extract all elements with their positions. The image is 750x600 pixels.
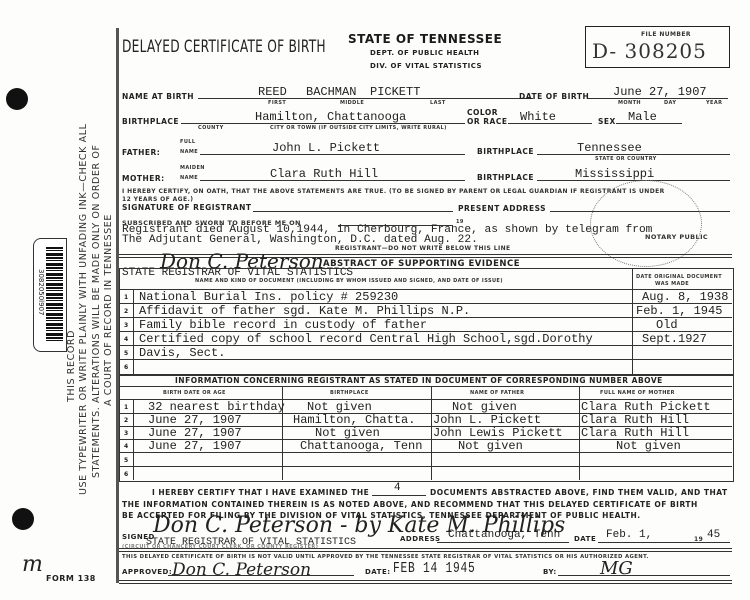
- abstract-date: Feb. 1, 1945: [636, 304, 722, 318]
- info-row-number: 5: [124, 457, 128, 464]
- mother-label: MOTHER:: [122, 174, 165, 183]
- middle-name: BACHMAN: [306, 85, 356, 99]
- father-name: John L. Pickett: [272, 141, 380, 155]
- day-label: DAY: [664, 100, 676, 106]
- address-line: [437, 542, 569, 543]
- info-mother: Not given: [616, 439, 681, 453]
- abstract-col-date-2: WAS MADE: [655, 281, 689, 287]
- info-mother: Clara Ruth Pickett: [581, 400, 711, 414]
- info-row-line: [119, 466, 732, 467]
- info-age: June 27, 1907: [148, 439, 242, 453]
- bottom-border: [119, 580, 732, 584]
- approved-label: APPROVED:: [122, 568, 172, 576]
- certifier-address: Chattanooga, Tenn: [448, 529, 560, 541]
- certification-year: 45: [707, 529, 720, 541]
- by-line: [558, 575, 730, 576]
- info-col-birthplace: BIRTHPLACE: [330, 390, 369, 396]
- margin-instruction-1: THIS RECORD: [66, 330, 77, 402]
- abstract-date: Old: [656, 318, 678, 332]
- abstract-date: Aug. 8, 1938: [642, 290, 728, 304]
- info-title: INFORMATION CONCERNING REGISTRANT AS STA…: [175, 376, 663, 385]
- mother-birthplace: Mississippi: [575, 167, 654, 181]
- info-col-mother: FULL NAME OF MOTHER: [600, 390, 675, 396]
- punch-hole-top: [6, 88, 28, 110]
- info-col-father: NAME OF FATHER: [470, 390, 524, 396]
- abstract-col-date-1: DATE ORIGINAL DOCUMENT: [636, 274, 722, 280]
- abstract-doc: Certified copy of school record Central …: [139, 332, 593, 346]
- father-full-label: FULL: [180, 139, 195, 145]
- file-number-box: FILE NUMBER D- 308205: [585, 26, 730, 68]
- state-name: STATE OF TENNESSEE: [348, 32, 502, 46]
- margin-instruction-2: USE TYPEWRITER OR WRITE PLAINLY WITH UNF…: [78, 124, 89, 496]
- document-count: 4: [394, 482, 401, 494]
- info-row-number: 4: [124, 443, 128, 450]
- abstract-row-number: 5: [124, 350, 128, 357]
- info-age: June 27, 1907: [148, 426, 242, 440]
- info-row-number: 6: [124, 471, 128, 478]
- last-name: PICKETT: [370, 85, 420, 99]
- date-of-birth: June 27, 1907: [613, 85, 707, 99]
- file-number-label: FILE NUMBER: [641, 31, 691, 38]
- department: DEPT. OF PUBLIC HEALTH: [370, 49, 479, 57]
- abstract-doc: Family bible record in custody of father: [139, 318, 427, 332]
- signature-of-registrant-label: SIGNATURE OF REGISTRANT: [122, 203, 252, 212]
- abstract-doc: National Burial Ins. policy # 259230: [139, 290, 398, 304]
- name-at-birth-label: NAME AT BIRTH: [122, 92, 194, 101]
- punch-hole-bottom: [12, 508, 34, 530]
- info-row-number: 3: [124, 430, 128, 437]
- certify-text-1a: I HEREBY CERTIFY THAT I HAVE EXAMINED TH…: [152, 488, 369, 497]
- info-header-top: [119, 386, 732, 387]
- oath-text-1: I HEREBY CERTIFY, ON OATH, THAT THE ABOV…: [122, 188, 665, 195]
- certify-text-1b: DOCUMENTS ABSTRACTED ABOVE, FIND THEM VA…: [430, 488, 728, 497]
- abstract-row-number: 2: [124, 308, 128, 315]
- do-not-write-label: REGISTRANT—DO NOT WRITE BELOW THIS LINE: [335, 245, 511, 252]
- info-birthplace: Not given: [315, 426, 380, 440]
- certification-date-label: DATE: [574, 535, 596, 543]
- abstract-col-doc: NAME AND KIND OF DOCUMENT (INCLUDING BY …: [195, 278, 503, 284]
- info-birthplace: Hamilton, Chatta.: [293, 413, 415, 427]
- race-label: OR RACE: [467, 117, 507, 126]
- certification-date-line: [598, 542, 730, 543]
- abstract-row-number: 3: [124, 322, 128, 329]
- color-label: COLOR: [467, 108, 498, 117]
- color-race: White: [520, 110, 556, 124]
- approval-date-label: DATE:: [365, 568, 391, 576]
- sex-label: SEX: [598, 117, 616, 126]
- abstract-row-number: 6: [124, 364, 128, 371]
- initial-mark: m: [22, 552, 43, 577]
- info-row-number: 2: [124, 417, 128, 424]
- document-title: DELAYED CERTIFICATE OF BIRTH: [122, 37, 326, 57]
- form-number: FORM 138: [46, 574, 96, 583]
- info-mother: Clara Ruth Hill: [581, 426, 689, 440]
- certification-date: Feb. 1,: [606, 529, 652, 541]
- approver-initials: MG: [600, 558, 633, 579]
- barcode-bars: [46, 247, 63, 343]
- state-country-label: STATE OR COUNTRY: [595, 156, 657, 162]
- approval-separator: [119, 548, 732, 552]
- approval-signature: Don C. Peterson: [172, 560, 311, 580]
- abstract-row-number: 4: [124, 336, 128, 343]
- city-label: CITY OR TOWN (IF OUTSIDE CITY LIMITS, WR…: [270, 125, 447, 131]
- address-label: ADDRESS: [400, 535, 440, 543]
- birthplace-label: BIRTHPLACE: [122, 117, 179, 126]
- mother-name-label: NAME: [180, 175, 198, 181]
- father-label: FATHER:: [122, 148, 160, 157]
- abstract-row-number: 1: [124, 294, 128, 301]
- margin-instruction-4: A COURT OF RECORD IN TENNESSEE: [103, 214, 114, 406]
- dob-label: DATE OF BIRTH: [519, 92, 589, 101]
- info-father: John Lewis Pickett: [433, 426, 563, 440]
- oath-text-2: 12 YEARS OF AGE.): [122, 196, 193, 203]
- margin-instruction-3: STATEMENTS. ALTERATIONS WILL BE MADE ONL…: [91, 144, 102, 478]
- mother-birthplace-label: BIRTHPLACE: [477, 173, 534, 182]
- month-label: MONTH: [618, 100, 641, 106]
- info-age: June 27, 1907: [148, 413, 242, 427]
- division: DIV. OF VITAL STATISTICS: [370, 62, 482, 70]
- barcode-number: 3082050l907: [37, 269, 45, 315]
- first-name: REED: [258, 85, 287, 99]
- document-count-line: [372, 495, 426, 496]
- name-line: [198, 98, 533, 99]
- abstract-doc: Affidavit of father sgd. Kate M. Phillip…: [139, 304, 470, 318]
- info-father: Not given: [452, 400, 517, 414]
- info-birthplace: Not given: [307, 400, 372, 414]
- middle-label: MIDDLE: [340, 100, 364, 106]
- by-label: BY:: [543, 568, 557, 576]
- registrant-signature-line: [253, 211, 453, 212]
- certify-text-2: THE INFORMATION CONTAINED THEREIN IS AS …: [122, 500, 698, 509]
- father-name-label: NAME: [180, 149, 198, 155]
- approval-date-stamp: FEB 14 1945: [393, 560, 476, 577]
- abstract-doc: Davis, Sect.: [139, 346, 225, 360]
- info-age: 32 nearest birthday: [148, 400, 285, 414]
- birthplace: Hamilton, Chattanooga: [255, 110, 406, 124]
- file-number: D- 308205: [592, 39, 707, 63]
- sex: Male: [628, 110, 657, 124]
- last-label: LAST: [430, 100, 446, 106]
- year-label: YEAR: [706, 100, 722, 106]
- father-birthplace-label: BIRTHPLACE: [477, 147, 534, 156]
- maiden-label: MAIDEN: [180, 165, 205, 171]
- info-col-age: BIRTH DATE OR AGE: [163, 390, 226, 396]
- barcode: 3082050l907: [33, 238, 67, 352]
- info-father: Not given: [458, 439, 523, 453]
- abstract-date: Sept.1927: [642, 332, 707, 346]
- info-birthplace: Chattanooga, Tenn: [300, 439, 422, 453]
- county-label: COUNTY: [198, 125, 224, 131]
- info-mother: Clara Ruth Hill: [581, 413, 689, 427]
- first-label: FIRST: [268, 100, 286, 106]
- mother-name: Clara Ruth Hill: [270, 167, 378, 181]
- present-address-label: PRESENT ADDRESS: [458, 204, 546, 213]
- father-birthplace: Tennessee: [577, 141, 642, 155]
- certification-year-prefix: 19: [694, 536, 703, 543]
- info-row-number: 1: [124, 404, 128, 411]
- info-father: John L. Pickett: [433, 413, 541, 427]
